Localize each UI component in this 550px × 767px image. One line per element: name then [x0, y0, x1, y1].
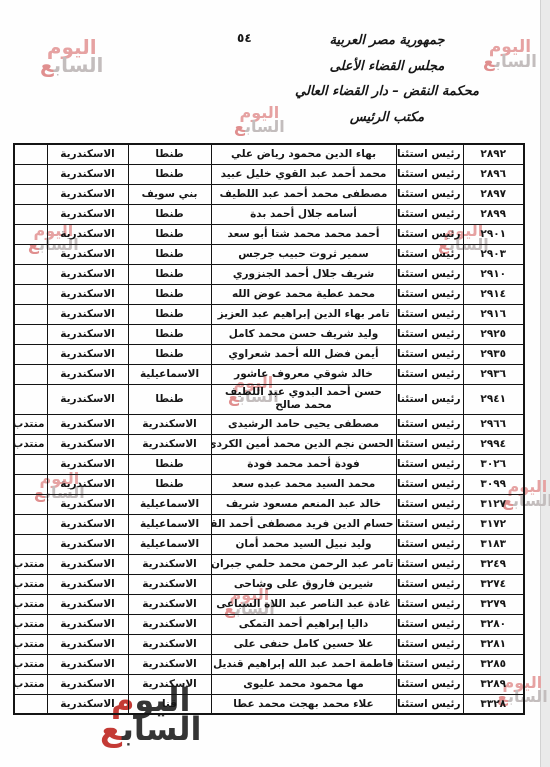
cell-destination-court: الاسكندرية — [47, 284, 128, 304]
cell-judge-name: بهاء الدين محمود رياض علي — [211, 144, 396, 164]
cell-seniority-number: ٢٨٩٩ — [463, 204, 524, 224]
table-row: ٢٩٣٦ رئيس استئناف خالد شوقي معروف عاشور … — [14, 364, 524, 384]
cell-rank: رئيس استئناف — [396, 264, 463, 284]
cell-delegation-note: منتدب — [14, 414, 47, 434]
cell-seniority-number: ٢٩٣٥ — [463, 344, 524, 364]
cell-judge-name: أحمد محمد محمد شتا أبو سعد — [211, 224, 396, 244]
cell-delegation-note: منتدب — [14, 434, 47, 454]
cell-judge-name: علاء محمد بهجت محمد عطا — [211, 694, 396, 714]
cell-rank: رئيس استئناف — [396, 284, 463, 304]
cell-delegation-note: منتدب — [14, 614, 47, 634]
cell-delegation-note — [14, 364, 47, 384]
cell-judge-name: الحسن نجم الدين محمد أمين الكردى — [211, 434, 396, 454]
cell-seniority-number: ٢٨٩٧ — [463, 184, 524, 204]
cell-rank: رئيس استئناف — [396, 614, 463, 634]
table-row: ٢٩١٦ رئيس استئناف تامر بهاء الدين إبراهي… — [14, 304, 524, 324]
cell-current-court: طنطا — [128, 224, 211, 244]
cell-current-court: الاسماعيلية — [128, 364, 211, 384]
cell-destination-court: الاسكندرية — [47, 364, 128, 384]
table-row: ٢٩٠٣ رئيس استئناف سمير ثروت حبيب جرجس طن… — [14, 244, 524, 264]
cell-destination-court: الاسكندرية — [47, 324, 128, 344]
cell-destination-court: الاسكندرية — [47, 634, 128, 654]
cell-current-court: بني سويف — [128, 184, 211, 204]
cell-current-court: قنا — [128, 694, 211, 714]
cell-rank: رئيس استئناف — [396, 434, 463, 454]
cell-seniority-number: ٣١٨٣ — [463, 534, 524, 554]
cell-delegation-note: منتدب — [14, 574, 47, 594]
cell-judge-name: مصطفى يحيى حامد الرشيدى — [211, 414, 396, 434]
cell-rank: رئيس استئناف — [396, 454, 463, 474]
cell-rank: رئيس استئناف — [396, 324, 463, 344]
cell-current-court: طنطا — [128, 324, 211, 344]
table-row: ٣٢٨٠ رئيس استئناف داليا إبراهيم أحمد الت… — [14, 614, 524, 634]
cell-delegation-note — [14, 184, 47, 204]
table-row: ٣١٢٧ رئيس استئناف خالد عبد المنعم مسعود … — [14, 494, 524, 514]
cell-current-court: الاسماعيلية — [128, 514, 211, 534]
cell-destination-court: الاسكندرية — [47, 534, 128, 554]
cell-delegation-note: منتدب — [14, 634, 47, 654]
cell-seniority-number: ٣٢٨١ — [463, 634, 524, 654]
cell-destination-court: الاسكندرية — [47, 344, 128, 364]
cell-current-court: الاسماعيلية — [128, 494, 211, 514]
cell-seniority-number: ٣٢٧٤ — [463, 574, 524, 594]
cell-rank: رئيس استئناف — [396, 164, 463, 184]
table-row: ٣٠٢٦ رئيس استئناف فودة أحمد محمد فودة طن… — [14, 454, 524, 474]
cell-rank: رئيس استئناف — [396, 144, 463, 164]
cell-rank: رئيس استئناف — [396, 594, 463, 614]
cell-rank: رئيس استئناف — [396, 534, 463, 554]
table-row: ٢٨٩٧ رئيس استئناف مصطفى محمد أحمد عبد ال… — [14, 184, 524, 204]
cell-judge-name: وليد شريف حسن محمد كامل — [211, 324, 396, 344]
cell-current-court: طنطا — [128, 474, 211, 494]
table-row: ٢٩٣٥ رئيس استئناف أيمن فضل الله أحمد شعر… — [14, 344, 524, 364]
cell-delegation-note — [14, 144, 47, 164]
cell-destination-court: الاسكندرية — [47, 184, 128, 204]
table-row: ٢٩٤١ رئيس استئناف حسن أحمد البدوي عبد ال… — [14, 384, 524, 414]
cell-rank: رئيس استئناف — [396, 304, 463, 324]
cell-seniority-number: ٢٩٩٤ — [463, 434, 524, 454]
table-row: ٢٩٠١ رئيس استئناف أحمد محمد محمد شتا أبو… — [14, 224, 524, 244]
cell-judge-name: علا حسين كامل حنفى على — [211, 634, 396, 654]
header-president-office: مكتب الرئيس — [283, 105, 491, 131]
cell-seniority-number: ٣٢٨٩ — [463, 674, 524, 694]
cell-current-court: طنطا — [128, 454, 211, 474]
cell-delegation-note — [14, 534, 47, 554]
cell-rank: رئيس استئناف — [396, 514, 463, 534]
cell-destination-court: الاسكندرية — [47, 204, 128, 224]
cell-judge-name: محمد عطية محمد عوض الله — [211, 284, 396, 304]
cell-judge-name: تامر بهاء الدين إبراهيم عبد العزيز — [211, 304, 396, 324]
cell-rank: رئيس استئناف — [396, 574, 463, 594]
cell-rank: رئيس استئناف — [396, 414, 463, 434]
youm7-watermark: اليوم السابع — [483, 40, 537, 71]
cell-destination-court: الاسكندرية — [47, 454, 128, 474]
cell-seniority-number: ٢٩١٤ — [463, 284, 524, 304]
cell-judge-name: غادة عبد الناصر عبد اللاه السباعى — [211, 594, 396, 614]
cell-delegation-note — [14, 454, 47, 474]
cell-current-court: الاسكندرية — [128, 634, 211, 654]
table-row: ٢٩٦٦ رئيس استئناف مصطفى يحيى حامد الرشيد… — [14, 414, 524, 434]
cell-rank: رئيس استئناف — [396, 694, 463, 714]
table-row: ٢٩١٠ رئيس استئناف شريف جلال أحمد الجنزور… — [14, 264, 524, 284]
table-row: ٣٢٧٩ رئيس استئناف غادة عبد الناصر عبد ال… — [14, 594, 524, 614]
table-row: ٢٩٩٤ رئيس استئناف الحسن نجم الدين محمد أ… — [14, 434, 524, 454]
table-row: ٣٢٨١ رئيس استئناف علا حسين كامل حنفى على… — [14, 634, 524, 654]
cell-seniority-number: ٣١٢٧ — [463, 494, 524, 514]
cell-judge-name: حسام الدين فريد مصطفى أحمد القربي — [211, 514, 396, 534]
cell-judge-name: وليد نبيل السيد محمد أمان — [211, 534, 396, 554]
cell-seniority-number: ٢٨٩٦ — [463, 164, 524, 184]
cell-delegation-note — [14, 164, 47, 184]
cell-destination-court: الاسكندرية — [47, 694, 128, 714]
cell-judge-name: خالد شوقي معروف عاشور — [211, 364, 396, 384]
cell-rank: رئيس استئناف — [396, 224, 463, 244]
table-row: ٢٩١٤ رئيس استئناف محمد عطية محمد عوض الل… — [14, 284, 524, 304]
cell-rank: رئيس استئناف — [396, 474, 463, 494]
cell-destination-court: الاسكندرية — [47, 554, 128, 574]
cell-judge-name: مها محمود محمد عليوى — [211, 674, 396, 694]
table-row: ٢٨٩٦ رئيس استئناف محمد أحمد عبد القوي خل… — [14, 164, 524, 184]
cell-rank: رئيس استئناف — [396, 204, 463, 224]
cell-current-court: الاسكندرية — [128, 594, 211, 614]
cell-current-court: الاسكندرية — [128, 674, 211, 694]
cell-judge-name: مصطفى محمد أحمد عبد اللطيف — [211, 184, 396, 204]
cell-destination-court: الاسكندرية — [47, 224, 128, 244]
cell-delegation-note — [14, 244, 47, 264]
letterhead: جمهورية مصر العربية مجلس القضاء الأعلى م… — [283, 28, 491, 130]
cell-destination-court: الاسكندرية — [47, 264, 128, 284]
cell-destination-court: الاسكندرية — [47, 514, 128, 534]
cell-rank: رئيس استئناف — [396, 184, 463, 204]
page-number: ٥٤ — [237, 31, 252, 45]
cell-delegation-note — [14, 324, 47, 344]
cell-destination-court: الاسكندرية — [47, 244, 128, 264]
cell-seniority-number: ٣٢٤٩ — [463, 554, 524, 574]
cell-judge-name: فاطمة احمد عبد الله إبراهيم قنديل — [211, 654, 396, 674]
cell-delegation-note — [14, 204, 47, 224]
cell-seniority-number: ٣٠٢٦ — [463, 454, 524, 474]
cell-destination-court: الاسكندرية — [47, 304, 128, 324]
cell-delegation-note — [14, 474, 47, 494]
cell-current-court: طنطا — [128, 164, 211, 184]
cell-delegation-note — [14, 694, 47, 714]
cell-delegation-note — [14, 284, 47, 304]
cell-destination-court: الاسكندرية — [47, 164, 128, 184]
cell-judge-name: محمد أحمد عبد القوي خليل عبيد — [211, 164, 396, 184]
judges-transfer-table: ٢٨٩٢ رئيس استئناف بهاء الدين محمود رياض … — [13, 143, 525, 715]
cell-current-court: طنطا — [128, 144, 211, 164]
cell-rank: رئيس استئناف — [396, 384, 463, 414]
cell-seniority-number: ٢٩٢٥ — [463, 324, 524, 344]
youm7-watermark: اليوم السابع — [234, 106, 285, 135]
cell-destination-court: الاسكندرية — [47, 384, 128, 414]
youm7-watermark: اليوم السابع — [40, 38, 103, 74]
table-row: ٢٨٩٩ رئيس استئناف أسامه جلال أحمد بدة طن… — [14, 204, 524, 224]
cell-judge-name: شريف جلال أحمد الجنزوري — [211, 264, 396, 284]
cell-current-court: الاسماعيلية — [128, 534, 211, 554]
cell-delegation-note — [14, 224, 47, 244]
cell-delegation-note — [14, 344, 47, 364]
table-row: ٣٢٨٥ رئيس استئناف فاطمة احمد عبد الله إب… — [14, 654, 524, 674]
cell-rank: رئيس استئناف — [396, 344, 463, 364]
cell-rank: رئيس استئناف — [396, 554, 463, 574]
cell-rank: رئيس استئناف — [396, 674, 463, 694]
cell-current-court: طنطا — [128, 244, 211, 264]
cell-seniority-number: ٢٩٦٦ — [463, 414, 524, 434]
cell-destination-court: الاسكندرية — [47, 654, 128, 674]
cell-destination-court: الاسكندرية — [47, 614, 128, 634]
cell-current-court: الاسكندرية — [128, 654, 211, 674]
cell-seniority-number: ٢٩١٠ — [463, 264, 524, 284]
cell-current-court: الاسكندرية — [128, 434, 211, 454]
cell-seniority-number: ٢٨٩٢ — [463, 144, 524, 164]
cell-seniority-number: ٣١٧٢ — [463, 514, 524, 534]
cell-judge-name: سمير ثروت حبيب جرجس — [211, 244, 396, 264]
cell-judge-name: فودة أحمد محمد فودة — [211, 454, 396, 474]
page-edge — [540, 0, 550, 767]
cell-current-court: طنطا — [128, 304, 211, 324]
cell-judge-name: أسامه جلال أحمد بدة — [211, 204, 396, 224]
cell-judge-name: شيرين فاروق على وشاحى — [211, 574, 396, 594]
cell-delegation-note: منتدب — [14, 594, 47, 614]
table-row: ٣٢٧٤ رئيس استئناف شيرين فاروق على وشاحى … — [14, 574, 524, 594]
cell-current-court: الاسكندرية — [128, 414, 211, 434]
table-row: ٣٢٤٩ رئيس استئناف تامر عبد الرحمن محمد ح… — [14, 554, 524, 574]
cell-seniority-number: ٢٩٣٦ — [463, 364, 524, 384]
cell-seniority-number: ٢٩٠١ — [463, 224, 524, 244]
header-court-of-cassation: محكمة النقض – دار القضاء العالي — [283, 79, 491, 105]
cell-destination-court: الاسكندرية — [47, 474, 128, 494]
cell-rank: رئيس استئناف — [396, 494, 463, 514]
cell-delegation-note: منتدب — [14, 554, 47, 574]
cell-delegation-note — [14, 304, 47, 324]
header-judicial-council: مجلس القضاء الأعلى — [283, 54, 491, 80]
cell-destination-court: الاسكندرية — [47, 594, 128, 614]
cell-judge-name: حسن أحمد البدوي عبد اللطيف محمد صالح — [211, 384, 396, 414]
table-row: ٣٣٢٨ رئيس استئناف علاء محمد بهجت محمد عط… — [14, 694, 524, 714]
cell-rank: رئيس استئناف — [396, 364, 463, 384]
table-row: ٣١٨٣ رئيس استئناف وليد نبيل السيد محمد أ… — [14, 534, 524, 554]
cell-seniority-number: ٣٢٨٥ — [463, 654, 524, 674]
cell-current-court: الاسكندرية — [128, 554, 211, 574]
table-row: ٣١٧٢ رئيس استئناف حسام الدين فريد مصطفى … — [14, 514, 524, 534]
cell-judge-name: داليا إبراهيم أحمد التمكى — [211, 614, 396, 634]
cell-rank: رئيس استئناف — [396, 244, 463, 264]
cell-rank: رئيس استئناف — [396, 654, 463, 674]
document-page: ٥٤ جمهورية مصر العربية مجلس القضاء الأعل… — [0, 0, 550, 767]
table-row: ٢٨٩٢ رئيس استئناف بهاء الدين محمود رياض … — [14, 144, 524, 164]
cell-seniority-number: ٣٠٩٩ — [463, 474, 524, 494]
cell-seniority-number: ٢٩١٦ — [463, 304, 524, 324]
cell-judge-name: أيمن فضل الله أحمد شعراوي — [211, 344, 396, 364]
cell-current-court: طنطا — [128, 284, 211, 304]
cell-current-court: طنطا — [128, 344, 211, 364]
cell-delegation-note — [14, 494, 47, 514]
cell-destination-court: الاسكندرية — [47, 434, 128, 454]
cell-seniority-number: ٣٢٧٩ — [463, 594, 524, 614]
cell-delegation-note: منتدب — [14, 654, 47, 674]
cell-current-court: طنطا — [128, 384, 211, 414]
cell-current-court: طنطا — [128, 264, 211, 284]
cell-seniority-number: ٣٣٢٨ — [463, 694, 524, 714]
cell-judge-name: محمد السيد محمد عبده سعد — [211, 474, 396, 494]
cell-seniority-number: ٣٢٨٠ — [463, 614, 524, 634]
cell-destination-court: الاسكندرية — [47, 574, 128, 594]
cell-current-court: الاسكندرية — [128, 574, 211, 594]
cell-delegation-note: منتدب — [14, 674, 47, 694]
cell-delegation-note — [14, 514, 47, 534]
cell-current-court: طنطا — [128, 204, 211, 224]
cell-destination-court: الاسكندرية — [47, 494, 128, 514]
cell-rank: رئيس استئناف — [396, 634, 463, 654]
cell-seniority-number: ٢٩٤١ — [463, 384, 524, 414]
table-row: ٣٢٨٩ رئيس استئناف مها محمود محمد عليوى ا… — [14, 674, 524, 694]
cell-destination-court: الاسكندرية — [47, 144, 128, 164]
cell-judge-name: خالد عبد المنعم مسعود شريف — [211, 494, 396, 514]
cell-judge-name: تامر عبد الرحمن محمد حلمي جبران — [211, 554, 396, 574]
cell-destination-court: الاسكندرية — [47, 414, 128, 434]
header-republic: جمهورية مصر العربية — [283, 28, 491, 54]
cell-delegation-note — [14, 384, 47, 414]
cell-current-court: الاسكندرية — [128, 614, 211, 634]
table-row: ٣٠٩٩ رئيس استئناف محمد السيد محمد عبده س… — [14, 474, 524, 494]
cell-delegation-note — [14, 264, 47, 284]
table-row: ٢٩٢٥ رئيس استئناف وليد شريف حسن محمد كام… — [14, 324, 524, 344]
cell-destination-court: الاسكندرية — [47, 674, 128, 694]
cell-seniority-number: ٢٩٠٣ — [463, 244, 524, 264]
